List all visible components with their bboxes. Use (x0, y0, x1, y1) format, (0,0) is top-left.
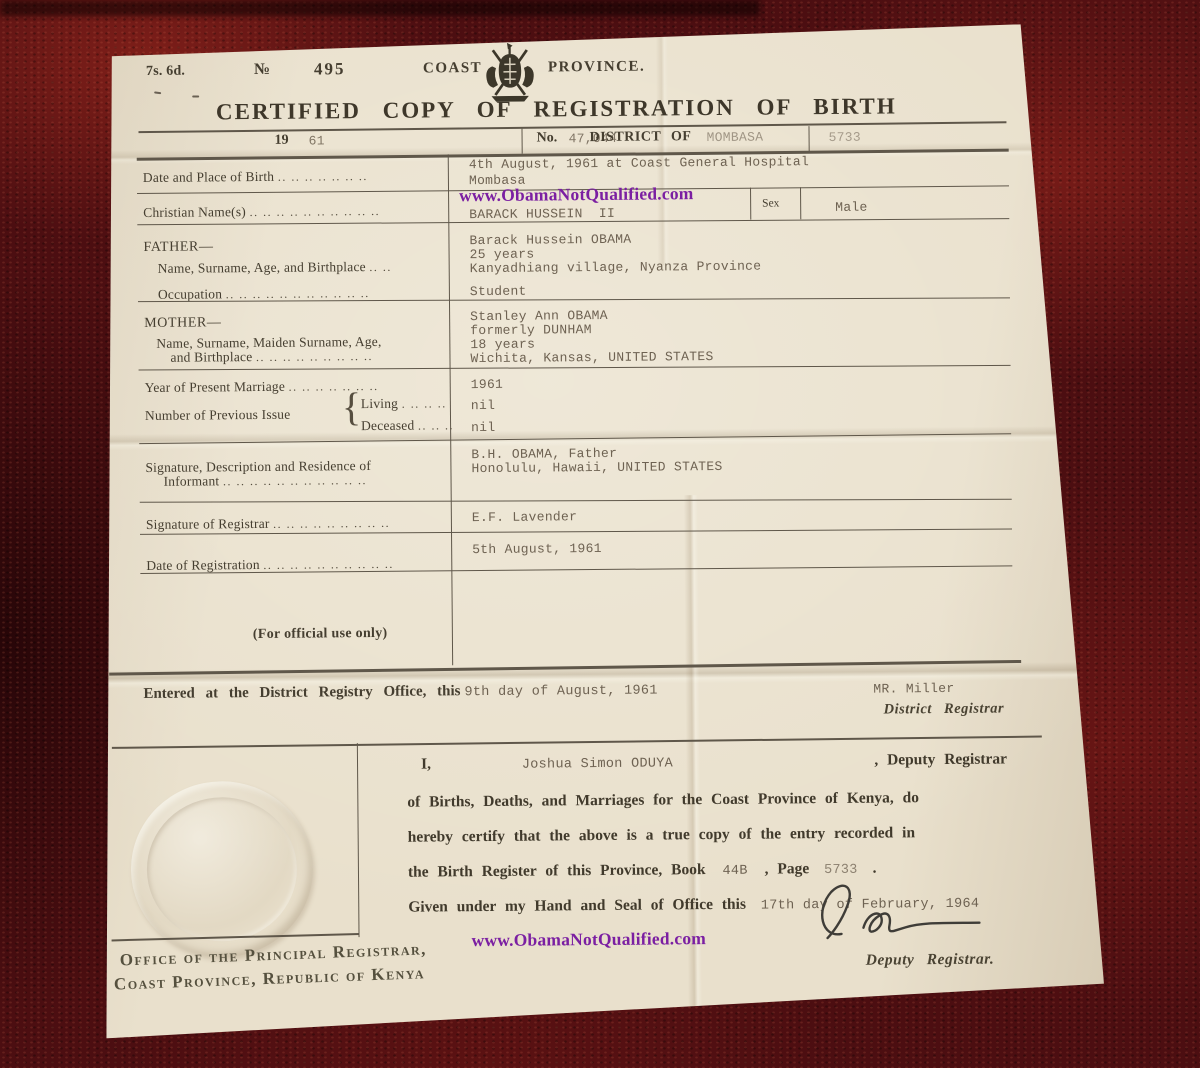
marriage-label-text: Year of Present Marriage (145, 379, 285, 395)
occupation-value: Student (470, 284, 527, 299)
deceased-value: nil (471, 420, 495, 435)
cert-line4-mid: , Page (764, 860, 809, 877)
registrar-label-text: Signature of Registrar (146, 516, 270, 532)
rule-above-certification (112, 736, 1042, 749)
name-row-label: Christian Name(s) .. .. .. .. .. .. .. .… (143, 203, 380, 221)
rule-above-entered (109, 660, 1021, 676)
district-value: MOMBASA (707, 130, 764, 145)
father-birthplace-value: Kanyadhiang village, Nyanza Province (470, 259, 762, 277)
father-name-value: Barack Hussein OBAMA (469, 232, 631, 248)
registration-no-label: No. (537, 130, 558, 146)
year-printed: 19 (275, 133, 289, 149)
leader-dots: .. .. .. .. .. .. .. (289, 379, 379, 394)
entered-printed-text: Entered at the District Registry Office,… (143, 683, 460, 702)
embossed-seal (130, 781, 314, 959)
cert-line5-start: Given under my Hand and Seal of Office t… (408, 896, 746, 916)
registrar-signature-value: E.F. Lavender (472, 509, 577, 525)
christian-name-value: BARACK HUSSEIN II (469, 206, 615, 222)
living-value: nil (471, 398, 495, 413)
certification-line1: I, Joshua Simon ODUYA , Deputy Registrar (407, 750, 1007, 773)
row-divider (140, 499, 1012, 503)
brace-glyph: { (342, 383, 362, 430)
birth-label-text: Date and Place of Birth (143, 169, 274, 185)
father-row-label: Name, Surname, Age, and Birthplace .. .. (158, 259, 392, 277)
seal-box-divider (357, 743, 360, 937)
entered-typed-date: 9th day of August, 1961 (464, 684, 657, 701)
sex-value: Male (835, 200, 868, 215)
mother-label-text: and Birthplace (170, 349, 252, 365)
row-divider (139, 433, 1011, 444)
pen-mark (192, 95, 199, 97)
leader-dots: .. .. .. .. .. .. .. (278, 169, 368, 184)
mother-heading: MOTHER— (144, 315, 221, 332)
leader-dots: . .. .. .. (402, 396, 447, 410)
informant-residence-value: Honolulu, Hawaii, UNITED STATES (471, 459, 722, 476)
birth-certificate-document: 7s. 6d. № 495 COAST PROVINCE. CERTIFIED … (96, 22, 1105, 1041)
mother-birthplace-value: Wichita, Kansas, UNITED STATES (470, 349, 713, 366)
entering-officer-name: MR. Miller (873, 681, 954, 697)
mother-row-label-line2: and Birthplace .. .. .. .. .. .. .. .. .… (170, 348, 373, 366)
deputy-registrar-caption: Deputy Registrar. (866, 951, 995, 970)
living-label: Living . .. .. .. (361, 395, 447, 412)
watermark-bottom: www.ObamaNotQualified.com (471, 928, 706, 951)
meta-divider (808, 126, 809, 151)
coast-label: COAST (423, 60, 482, 78)
book-number: 44B (722, 864, 747, 879)
leader-dots: .. .. .. (418, 418, 454, 432)
informant-label-text: Informant (163, 473, 219, 488)
background-shadow (0, 0, 760, 16)
cert-line4-end: . (872, 860, 876, 877)
sex-label: Sex (762, 197, 779, 209)
leader-dots: .. .. .. .. .. .. .. .. .. .. (263, 557, 394, 572)
pen-mark (154, 91, 161, 94)
table-column-divider (448, 154, 453, 665)
father-label-text: Name, Surname, Age, and Birthplace (158, 259, 366, 276)
province-label: PROVINCE. (548, 59, 645, 77)
entered-line: Entered at the District Registry Office,… (143, 681, 657, 703)
name-label-text: Christian Name(s) (143, 204, 246, 220)
district-registrar-title: District Registrar (883, 700, 1004, 718)
district-label: DISTRICT OF (590, 129, 692, 146)
row-divider (139, 365, 1011, 371)
document-title: CERTIFIED COPY OF REGISTRATION OF BIRTH (156, 93, 956, 126)
birth-value-line1: 4th August, 1961 at Coast General Hospit… (469, 154, 809, 172)
leader-dots: .. .. .. .. .. .. .. .. .. .. .. (223, 473, 367, 488)
deputy-registrar-signature (803, 874, 1024, 951)
cert-line1-end: , Deputy Registrar (874, 750, 1007, 769)
previous-issue-label: Number of Previous Issue (145, 407, 291, 424)
leader-dots: .. .. .. .. .. .. .. .. .. (273, 516, 390, 531)
registration-label-text: Date of Registration (146, 557, 260, 573)
deputy-registrar-name: Joshua Simon ODUYA (522, 756, 673, 772)
certification-line3: hereby certify that the above is a true … (408, 824, 916, 846)
serial-number: 495 (314, 59, 346, 79)
cert-line4-start: the Birth Register of this Province, Boo… (408, 861, 706, 881)
father-heading: FATHER— (143, 239, 213, 256)
occupation-label-text: Occupation (158, 286, 222, 302)
fee-denomination: 7s. 6d. (146, 64, 185, 80)
registrar-row-label: Signature of Registrar .. .. .. .. .. ..… (146, 515, 390, 533)
watermark-top: www.ObamaNotQualified.com (459, 183, 694, 206)
leader-dots: .. .. .. .. .. .. .. .. .. (256, 349, 373, 364)
sex-box-line (750, 188, 751, 220)
number-sign: № (254, 61, 270, 79)
informant-label-line2: Informant .. .. .. .. .. .. .. .. .. .. … (163, 472, 366, 490)
certification-line2: of Births, Deaths, and Marriages for the… (407, 789, 919, 811)
leader-dots: .. .. .. .. .. .. .. .. .. .. (249, 204, 380, 219)
meta-divider (521, 129, 522, 154)
year-typed: 61 (309, 133, 325, 148)
sex-box-line (800, 187, 801, 219)
folio-number: 5733 (829, 130, 862, 145)
deceased-label-text: Deceased (361, 418, 414, 433)
deceased-label: Deceased .. .. .. (361, 417, 454, 434)
living-label-text: Living (361, 396, 398, 411)
leader-dots: .. .. (369, 260, 392, 274)
cert-i-text: I, (421, 755, 431, 772)
marriage-year-value: 1961 (471, 377, 504, 392)
official-use-note: (For official use only) (253, 626, 388, 643)
leader-dots: .. .. .. .. .. .. .. .. .. .. .. (226, 286, 370, 301)
registration-date-value: 5th August, 1961 (472, 541, 602, 557)
birth-row-label: Date and Place of Birth .. .. .. .. .. .… (143, 168, 368, 186)
